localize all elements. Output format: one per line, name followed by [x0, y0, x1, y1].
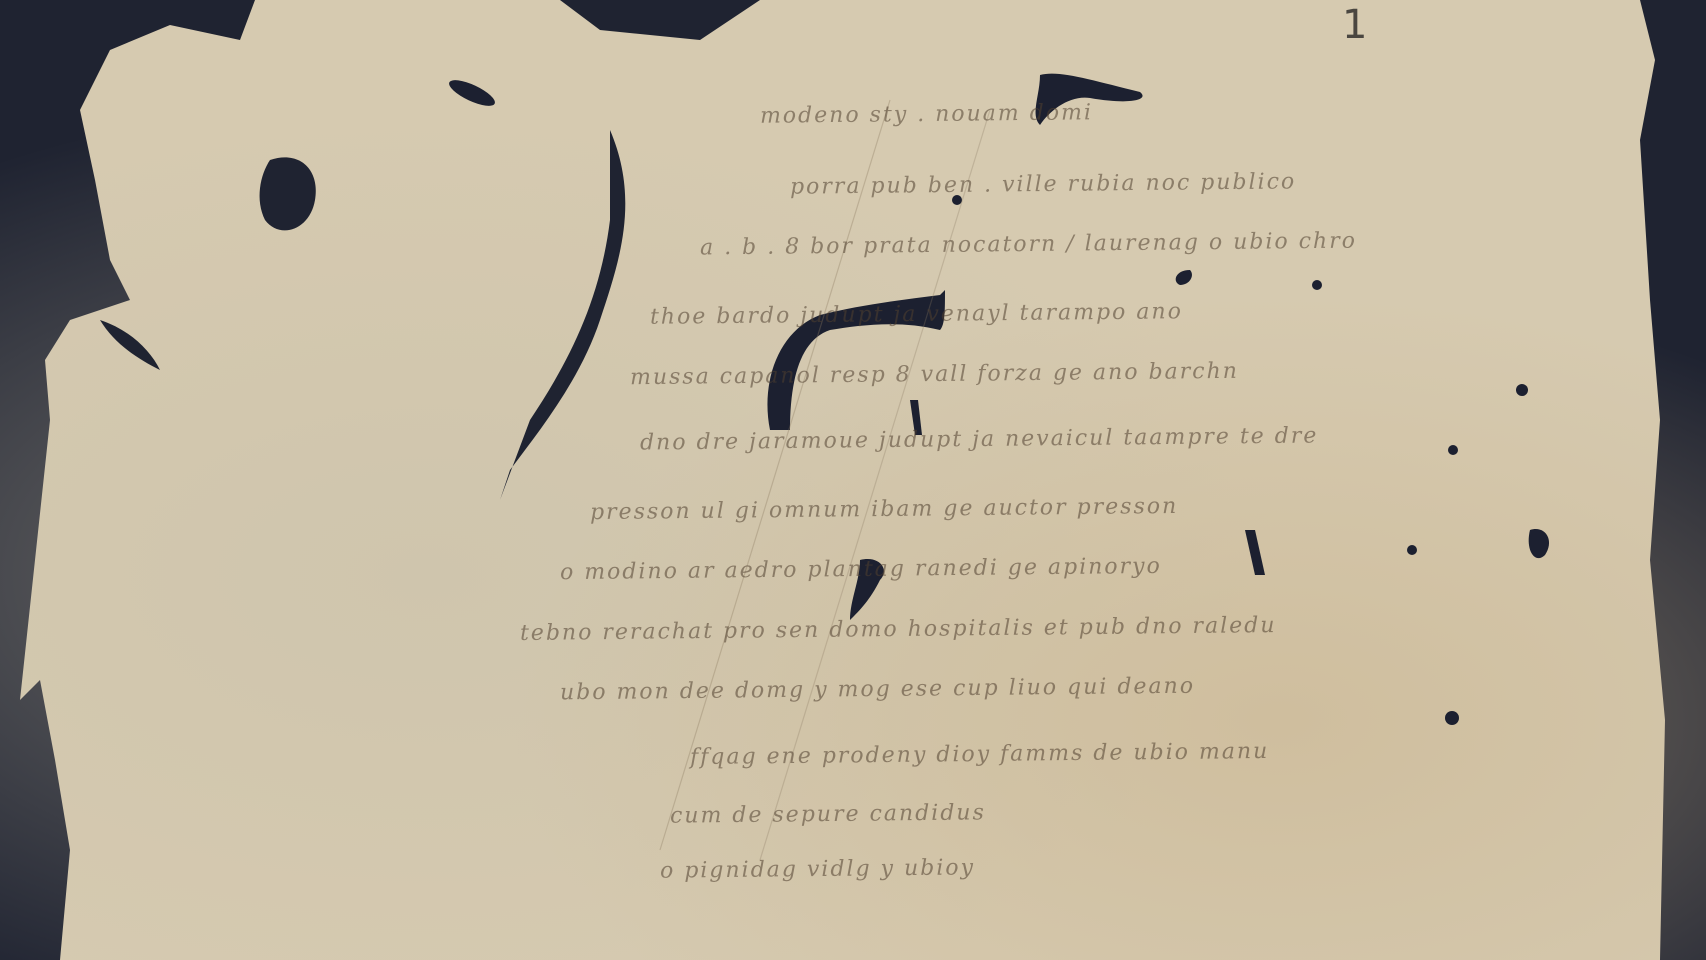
- manuscript-line: porra pub ben . ville rubia noc publico: [790, 169, 1296, 199]
- manuscript-line: cum de sepure candidus: [670, 800, 986, 828]
- manuscript-line: o pignidag vidlg y ubioy: [660, 855, 975, 883]
- manuscript-photo: 1 modeno sty . nouam domi porra pub ben …: [0, 0, 1706, 960]
- manuscript-line: modeno sty . nouam domi: [760, 100, 1093, 128]
- page-number: 1: [1342, 2, 1367, 48]
